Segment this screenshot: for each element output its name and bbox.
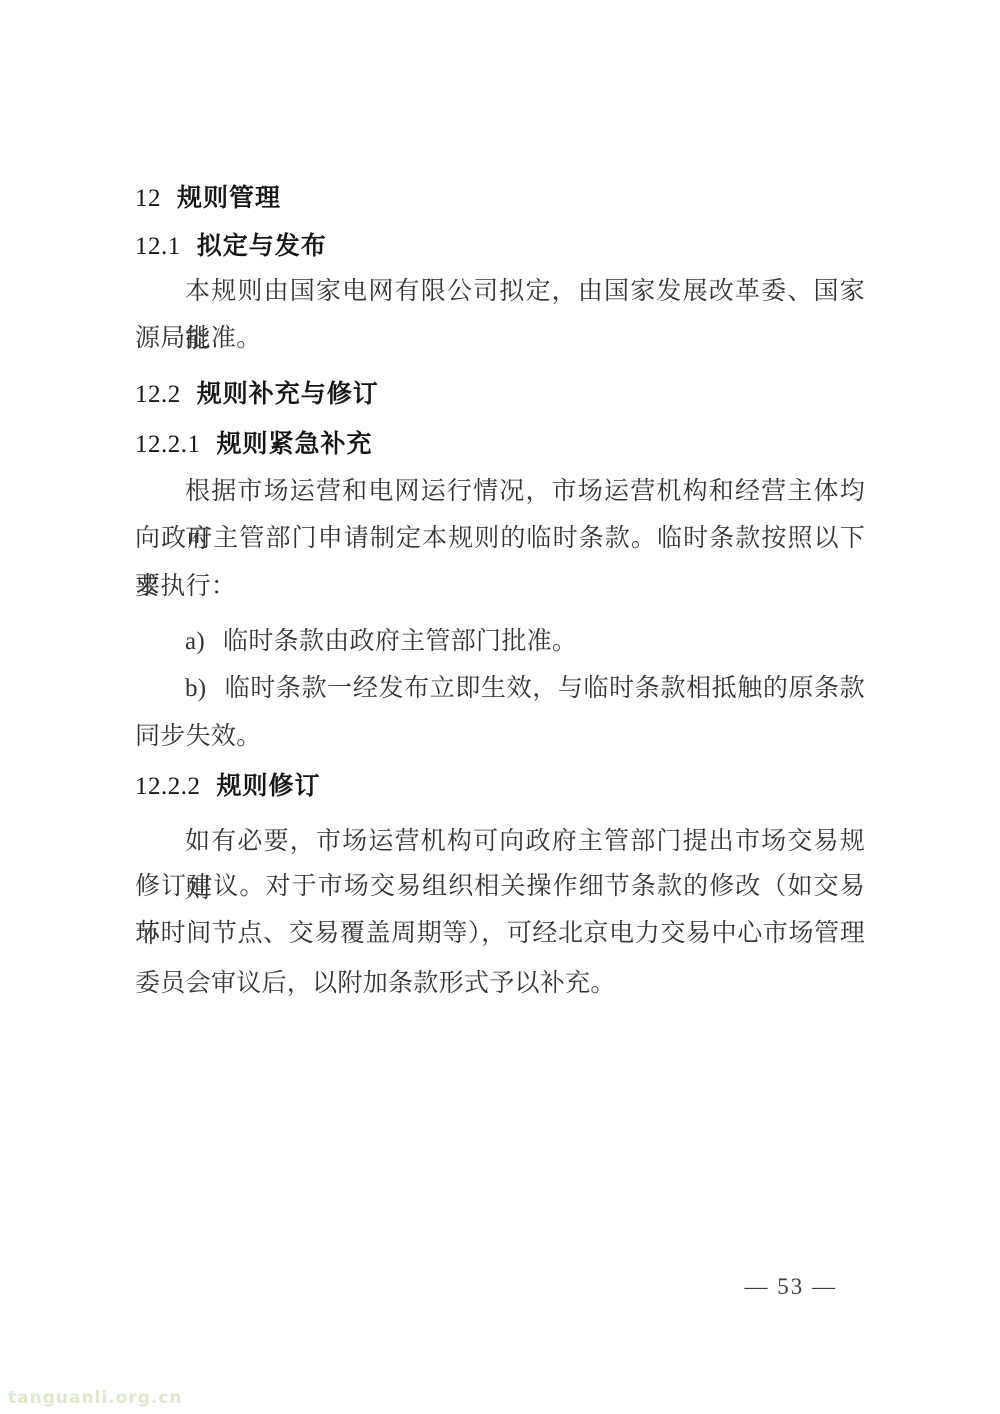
paragraph-line: 向政府主管部门申请制定本规则的临时条款。临时条款按照以下要 (135, 515, 865, 563)
paragraph-line: 本规则由国家电网有限公司拟定，由国家发展改革委、国家能 (135, 268, 865, 316)
section-heading-12: 12规则管理 (135, 175, 865, 223)
section-title: 规则管理 (177, 185, 281, 212)
paragraph-line: 委员会审议后，以附加条款形式予以补充。 (135, 960, 865, 1008)
section-heading-12-2-1: 12.2.1规则紧急补充 (135, 421, 865, 469)
paragraph-line: 节时间节点、交易覆盖周期等），可经北京电力交易中心市场管理 (135, 910, 865, 958)
list-item-text: 临时条款由政府主管部门批准。 (223, 628, 577, 655)
section-title: 规则补充与修订 (197, 381, 379, 408)
section-heading-12-1: 12.1拟定与发布 (135, 223, 865, 271)
section-heading-12-2-2: 12.2.2规则修订 (135, 763, 865, 811)
section-title: 拟定与发布 (197, 233, 327, 260)
list-item-text: 临时条款一经发布立即生效，与临时条款相抵触的原条款 (224, 675, 865, 702)
paragraph-line: 源局批准。 (135, 315, 865, 363)
page-number: — 53 — (745, 1263, 838, 1311)
paragraph-line: 求执行： (135, 563, 865, 611)
list-item-b: b)临时条款一经发布立即生效，与临时条款相抵触的原条款 (135, 665, 865, 713)
paragraph-line: 如有必要，市场运营机构可向政府主管部门提出市场交易规则 (135, 818, 865, 866)
section-heading-12-2: 12.2规则补充与修订 (135, 371, 865, 419)
list-item-label: b) (185, 675, 206, 702)
section-title: 规则修订 (217, 773, 321, 800)
list-item-continuation: 同步失效。 (135, 713, 865, 761)
section-number: 12.2.1 (135, 431, 201, 458)
section-number: 12.1 (135, 233, 181, 260)
paragraph-line: 修订建议。对于市场交易组织相关操作细节条款的修改（如交易环 (135, 863, 865, 911)
section-title: 规则紧急补充 (217, 431, 373, 458)
watermark-tanguanli: tanguanli.org.cn (8, 1385, 183, 1411)
paragraph-line: 根据市场运营和电网运行情况，市场运营机构和经营主体均可 (135, 468, 865, 516)
list-item-label: a) (185, 628, 205, 655)
section-number: 12.2 (135, 381, 181, 408)
section-number: 12 (135, 185, 161, 212)
list-item-a: a)临时条款由政府主管部门批准。 (135, 618, 865, 666)
document-page: 12规则管理 12.1拟定与发布 本规则由国家电网有限公司拟定，由国家发展改革委… (0, 0, 1000, 1414)
section-number: 12.2.2 (135, 773, 201, 800)
